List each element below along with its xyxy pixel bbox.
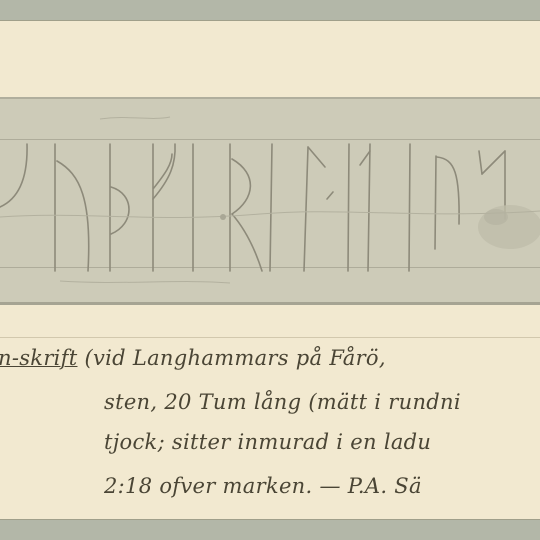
note-line-4: 2:18 ofver marken. — P.A. Sä [104, 474, 422, 498]
gray-mount-bottom [0, 519, 540, 540]
runestone-drawing [0, 97, 540, 305]
note-line-1: n-skrift (vid Langhammars på Fårö, [0, 346, 386, 370]
note-line-1-rest: (vid Langhammars på Fårö, [78, 346, 386, 370]
note-line-2: sten, 20 Tum lång (mätt i rundni [104, 390, 461, 414]
ruled-line [0, 337, 540, 338]
rune-glyphs [0, 99, 540, 307]
gray-mount-top [0, 0, 540, 21]
note-title-underlined: n-skrift [0, 346, 78, 370]
note-line-3: tjock; sitter inmurad i en ladu [104, 430, 431, 454]
